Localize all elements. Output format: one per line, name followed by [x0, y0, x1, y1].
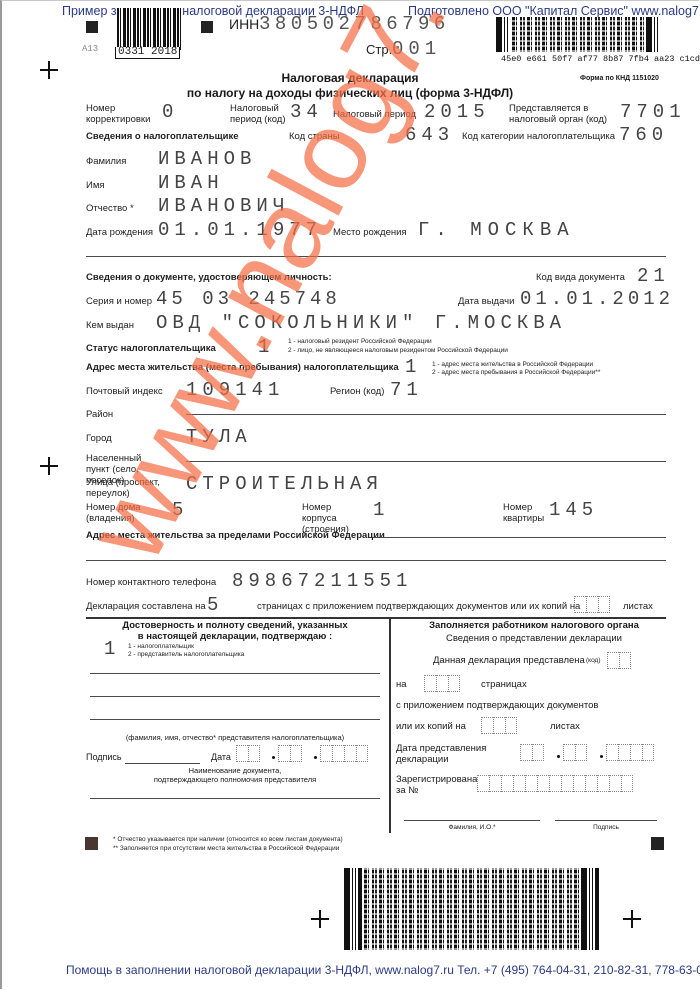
doc-type-label: Код вида документа — [536, 272, 625, 283]
confirm-value[interactable]: 1 — [104, 638, 120, 660]
crosshair-mark — [623, 910, 641, 928]
birth-place-value[interactable]: Г. МОСКВА — [418, 219, 575, 241]
submission-date-label: Дата представления декларации — [396, 743, 496, 765]
code-label: (код) — [586, 657, 601, 664]
form-subtitle: по налогу на доходы физических лиц (форм… — [150, 86, 550, 100]
doc-type-value[interactable]: 21 — [637, 265, 670, 287]
barcode-number: 0331 2018 — [115, 47, 180, 59]
confirm-title-2: в настоящей декларации, подтверждаю : — [90, 631, 380, 642]
house-value[interactable]: 5 — [172, 499, 188, 521]
pdf417-end — [646, 17, 660, 52]
date-separator — [314, 756, 317, 759]
birth-date-label: Дата рождения — [86, 227, 153, 238]
patronymic-label: Отчество * — [86, 203, 134, 214]
officer-name-caption: Фамилия, И.О.* — [404, 824, 540, 831]
submission-code-cells[interactable] — [607, 652, 631, 669]
issued-by-label: Кем выдан — [86, 320, 134, 331]
authority-title: Заполняется работником налогового органа — [392, 620, 676, 631]
name-value[interactable]: ИВАН — [158, 172, 224, 194]
phone-value[interactable]: 89867211551 — [232, 570, 412, 592]
taxpayer-section-label: Сведения о налогоплательщике — [86, 131, 239, 142]
name-label: Имя — [86, 180, 105, 191]
correction-label: Номер корректировки — [86, 103, 154, 125]
registered-label: Зарегистрирована за № — [396, 774, 476, 796]
footnote-1: * Отчество указывается при наличии (отно… — [113, 836, 343, 844]
copies-cells[interactable] — [481, 717, 517, 734]
correction-value[interactable]: 0 — [162, 101, 178, 123]
divider — [86, 256, 666, 257]
rep-caption: (фамилия, имя, отчество* представителя н… — [90, 733, 380, 742]
series-value[interactable]: 45 03 245748 — [156, 288, 341, 310]
crosshair-mark — [40, 457, 58, 475]
registration-marker — [651, 837, 664, 850]
authority-value[interactable]: 7701 — [620, 101, 686, 123]
foreign-address-label: Адрес места жительства за пределами Росс… — [86, 530, 385, 541]
confirm-option-2: 2 - представитель налогоплательщика — [128, 651, 244, 659]
attachment-sheets-cells[interactable] — [574, 596, 610, 613]
city-label: Город — [86, 433, 112, 444]
issue-date-label: Дата выдачи — [458, 296, 514, 307]
doc-caption-2: подтверждающего полномочия представителя — [90, 775, 380, 784]
address-type-option-1: 1 - адрес места жительства в Российской … — [432, 361, 593, 369]
rep-name-line-2[interactable] — [90, 696, 380, 697]
postcode-label: Почтовый индекс — [86, 386, 163, 397]
knd-code: Форма по КНД 1151020 — [580, 75, 659, 82]
submitted-label: Данная декларация представлена — [433, 655, 585, 666]
patronymic-value[interactable]: ИВАНОВИЧ — [158, 195, 289, 217]
date-separator — [272, 756, 275, 759]
header-right-caption: Подготовлено ООО "Капитал Сервис" www.na… — [408, 4, 700, 18]
tax-period-label: Налоговый период — [333, 109, 416, 120]
category-value[interactable]: 760 — [619, 124, 668, 146]
registration-marker — [86, 21, 98, 33]
birth-date-value[interactable]: 01.01.1977 — [158, 219, 322, 241]
status-option-2: 2 - лицо, не являющееся налоговым резиде… — [288, 347, 508, 355]
status-value[interactable]: 1 — [258, 336, 274, 358]
confirm-date-year[interactable] — [320, 745, 368, 762]
birth-place-label: Место рождения — [333, 227, 407, 238]
page-barcode — [117, 8, 181, 50]
confirm-option-1: 1 - налогоплательщик — [128, 643, 194, 651]
authority-label: Представляется в налоговый орган (код) — [509, 103, 619, 125]
registration-number-cells[interactable] — [477, 775, 633, 792]
date-separator — [557, 755, 560, 758]
surname-label: Фамилия — [86, 156, 126, 167]
issued-by-value[interactable]: ОВД "СОКОЛЬНИКИ" Г.МОСКВА — [156, 312, 566, 334]
phone-label: Номер контактного телефона — [86, 577, 216, 588]
confirm-date-day[interactable] — [236, 745, 260, 762]
flat-value[interactable]: 145 — [549, 499, 598, 521]
submission-date-year[interactable] — [606, 744, 654, 761]
sheets-suffix: листах — [623, 601, 653, 612]
surname-value[interactable]: ИВАНОВ — [158, 148, 256, 170]
date-label: Дата — [211, 752, 231, 762]
street-label: Улица (проспект, переулок) — [86, 477, 166, 499]
building-value[interactable]: 1 — [373, 499, 389, 521]
pdf417-hash: 45e0 e661 50f7 af77 8b87 7fb4 aa23 c1cd — [501, 54, 700, 64]
region-value[interactable]: 71 — [390, 379, 423, 401]
submission-date-day[interactable] — [520, 744, 544, 761]
doc-caption-1: Наименование документа, — [90, 766, 380, 775]
pdf417-barcode — [512, 17, 644, 52]
footer-text: Помощь в заполнении налоговой декларации… — [66, 963, 700, 977]
period-code-value[interactable]: 34 — [290, 101, 323, 123]
status-option-1: 1 - налоговый резидент Российской Федера… — [288, 338, 432, 346]
form-code-small: A13 — [82, 44, 98, 54]
registration-marker — [201, 21, 213, 33]
category-label: Код категории налогоплательщика — [462, 131, 615, 142]
officer-name-line[interactable] — [404, 820, 540, 821]
district-label: Район — [86, 409, 113, 420]
officer-signature-caption: Подпись — [555, 824, 657, 831]
section-divider — [86, 617, 666, 619]
pdf417-barcode-bottom — [364, 868, 579, 950]
crosshair-mark — [40, 61, 58, 79]
registration-marker — [85, 837, 98, 850]
id-section-label: Сведения о документе, удостоверяющем лич… — [86, 272, 332, 283]
signature-label: Подпись — [86, 752, 122, 762]
district-line[interactable] — [186, 414, 666, 415]
attachments-label: с приложением подтверждающих документов — [396, 700, 598, 711]
settlement-line[interactable] — [186, 461, 666, 462]
crosshair-mark — [311, 910, 329, 928]
region-label: Регион (код) — [330, 386, 384, 397]
inn-label: ИНН — [229, 16, 259, 32]
pages-suffix: страницах с приложением подтверждающих д… — [257, 601, 580, 612]
address-type-option-2: 2 - адрес места пребывания в Российской … — [432, 369, 600, 377]
address-type-label: Адрес места жительства (места пребывания… — [86, 362, 399, 373]
postcode-value[interactable]: 109141 — [186, 379, 284, 401]
rep-name-line-3[interactable] — [90, 719, 380, 720]
country-label: Код страны — [289, 131, 340, 142]
copies-label: или их копий на — [396, 721, 466, 732]
date-separator — [600, 755, 603, 758]
rep-name-line-1[interactable] — [90, 673, 380, 674]
sheets-label-authority: листах — [550, 721, 580, 732]
doc-name-line[interactable] — [90, 798, 380, 799]
pdf417-start — [344, 868, 362, 950]
pdf417-start — [496, 17, 510, 52]
address-type-value[interactable]: 1 — [405, 356, 421, 378]
flat-label: Номер квартиры — [503, 502, 543, 524]
on-label: на — [396, 679, 407, 690]
tax-period-value[interactable]: 2015 — [424, 101, 490, 123]
authority-subtitle: Сведения о представлении декларации — [392, 633, 676, 644]
status-label: Статус налогоплательщика — [86, 343, 216, 354]
page-label: Стр. — [366, 42, 392, 57]
pages-cells[interactable] — [424, 675, 460, 692]
signature-line[interactable] — [125, 763, 200, 764]
country-value[interactable]: 643 — [405, 124, 454, 146]
issue-date-value[interactable]: 01.01.2012 — [520, 288, 674, 310]
confirm-date-month[interactable] — [278, 745, 302, 762]
officer-signature-line[interactable] — [555, 820, 657, 821]
confirm-title-1: Достоверность и полноту сведений, указан… — [90, 620, 380, 631]
inn-value: 380502786796 — [259, 13, 450, 35]
form-title: Налоговая декларация — [200, 71, 500, 85]
column-divider — [389, 617, 391, 833]
footnote-2: ** Заполняется при отсутствии места жите… — [113, 845, 339, 853]
pdf417-end — [581, 868, 599, 950]
street-value[interactable]: СТРОИТЕЛЬНАЯ — [186, 473, 383, 495]
pages-value[interactable]: 5 — [207, 594, 223, 616]
series-label: Серия и номер — [86, 296, 152, 307]
house-label: Номер дома (владения) — [86, 502, 156, 524]
foreign-address-line-2[interactable] — [86, 560, 666, 561]
page-value: 001 — [392, 38, 441, 60]
city-value[interactable]: ТУЛА — [186, 426, 252, 448]
period-code-label: Налоговый период (код) — [230, 103, 286, 125]
pages-label-authority: страницах — [481, 679, 527, 690]
submission-date-month[interactable] — [563, 744, 587, 761]
foreign-address-line[interactable] — [373, 537, 666, 538]
pages-label: Декларация составлена на — [86, 601, 206, 612]
